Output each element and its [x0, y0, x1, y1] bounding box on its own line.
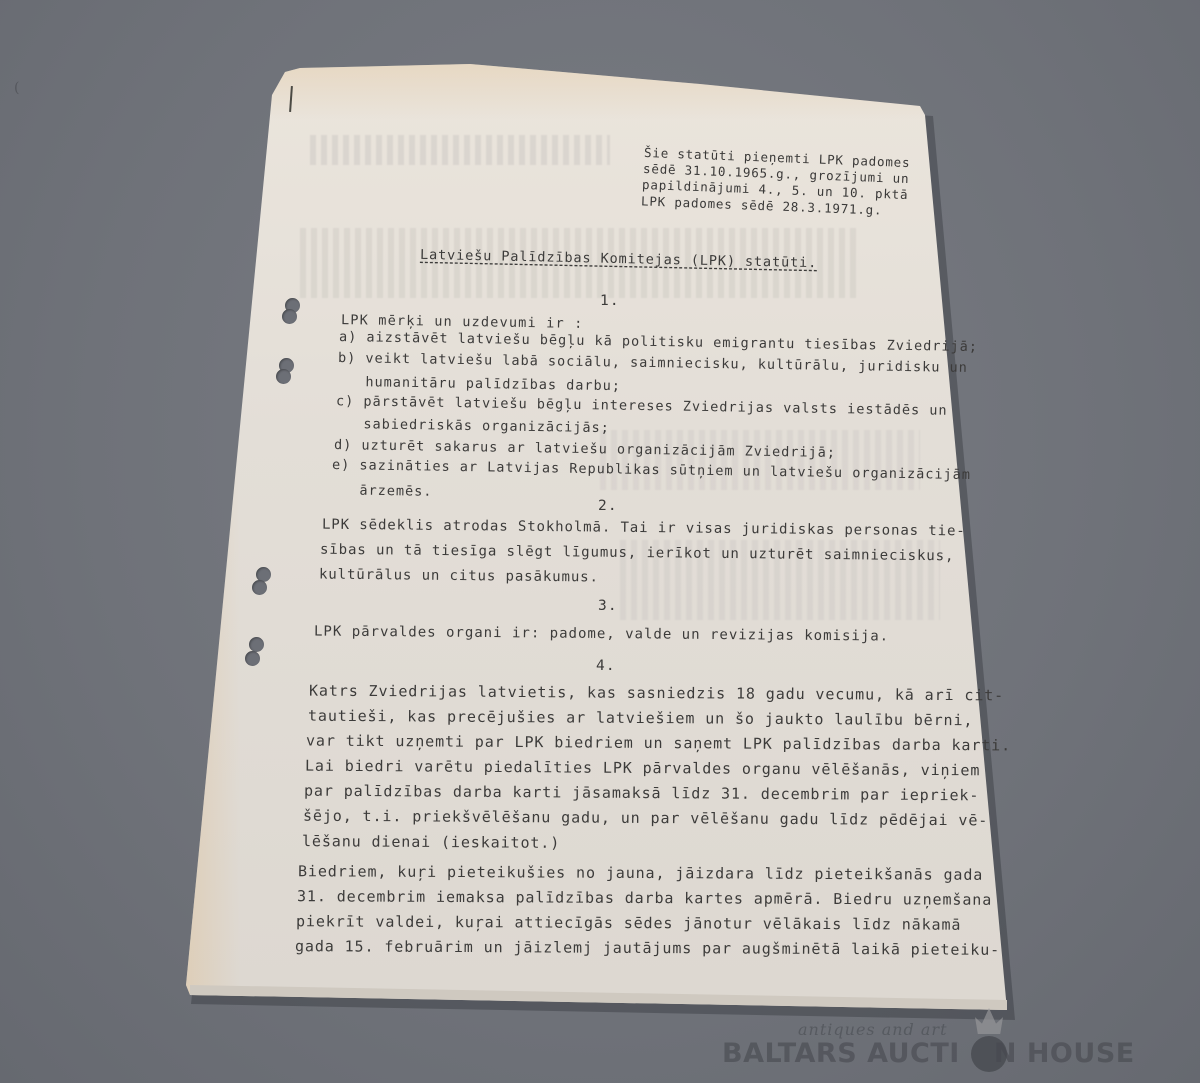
watermark-brand-left: BALTARS AUCTI	[722, 1038, 960, 1069]
section-number: 3.	[598, 598, 618, 614]
crown-icon	[975, 1008, 1003, 1034]
section-line: gada 15. februārim un jāizlemj jautājums…	[295, 937, 1000, 959]
watermark-tagline: antiques and art	[798, 1020, 948, 1039]
section-number: 4.	[596, 658, 616, 674]
punch-hole-icon	[282, 309, 297, 324]
section-line: 31. decembrim iemaksa palīdzības darba k…	[297, 887, 992, 909]
section-number: 1.	[600, 293, 620, 309]
section-line: Biedriem, kuŗi pieteikušies no jauna, jā…	[298, 862, 983, 884]
bleed-through	[310, 135, 610, 165]
punch-hole-icon	[245, 651, 260, 666]
stray-mark: (	[14, 80, 19, 96]
punch-hole-icon	[276, 369, 291, 384]
watermark-brand-right: N HOUSE	[994, 1038, 1135, 1069]
punch-hole-icon	[252, 580, 267, 595]
punch-hole-icon	[249, 637, 264, 652]
watermark-brand: BALTARS AUCTIN HOUSE	[722, 1038, 1135, 1069]
section-line: kultūrālus un citus pasākumus.	[319, 567, 599, 586]
section-line: ārzemēs.	[332, 482, 433, 500]
watermark-logo: antiques and art BALTARS AUCTIN HOUSE	[722, 1008, 1122, 1078]
section-number: 2.	[598, 498, 618, 514]
section-line: piekrīt valdei, kuŗai attiecīgās sēdes j…	[296, 912, 961, 933]
section-line: lēšanu dienai (ieskaitot.)	[302, 832, 560, 852]
